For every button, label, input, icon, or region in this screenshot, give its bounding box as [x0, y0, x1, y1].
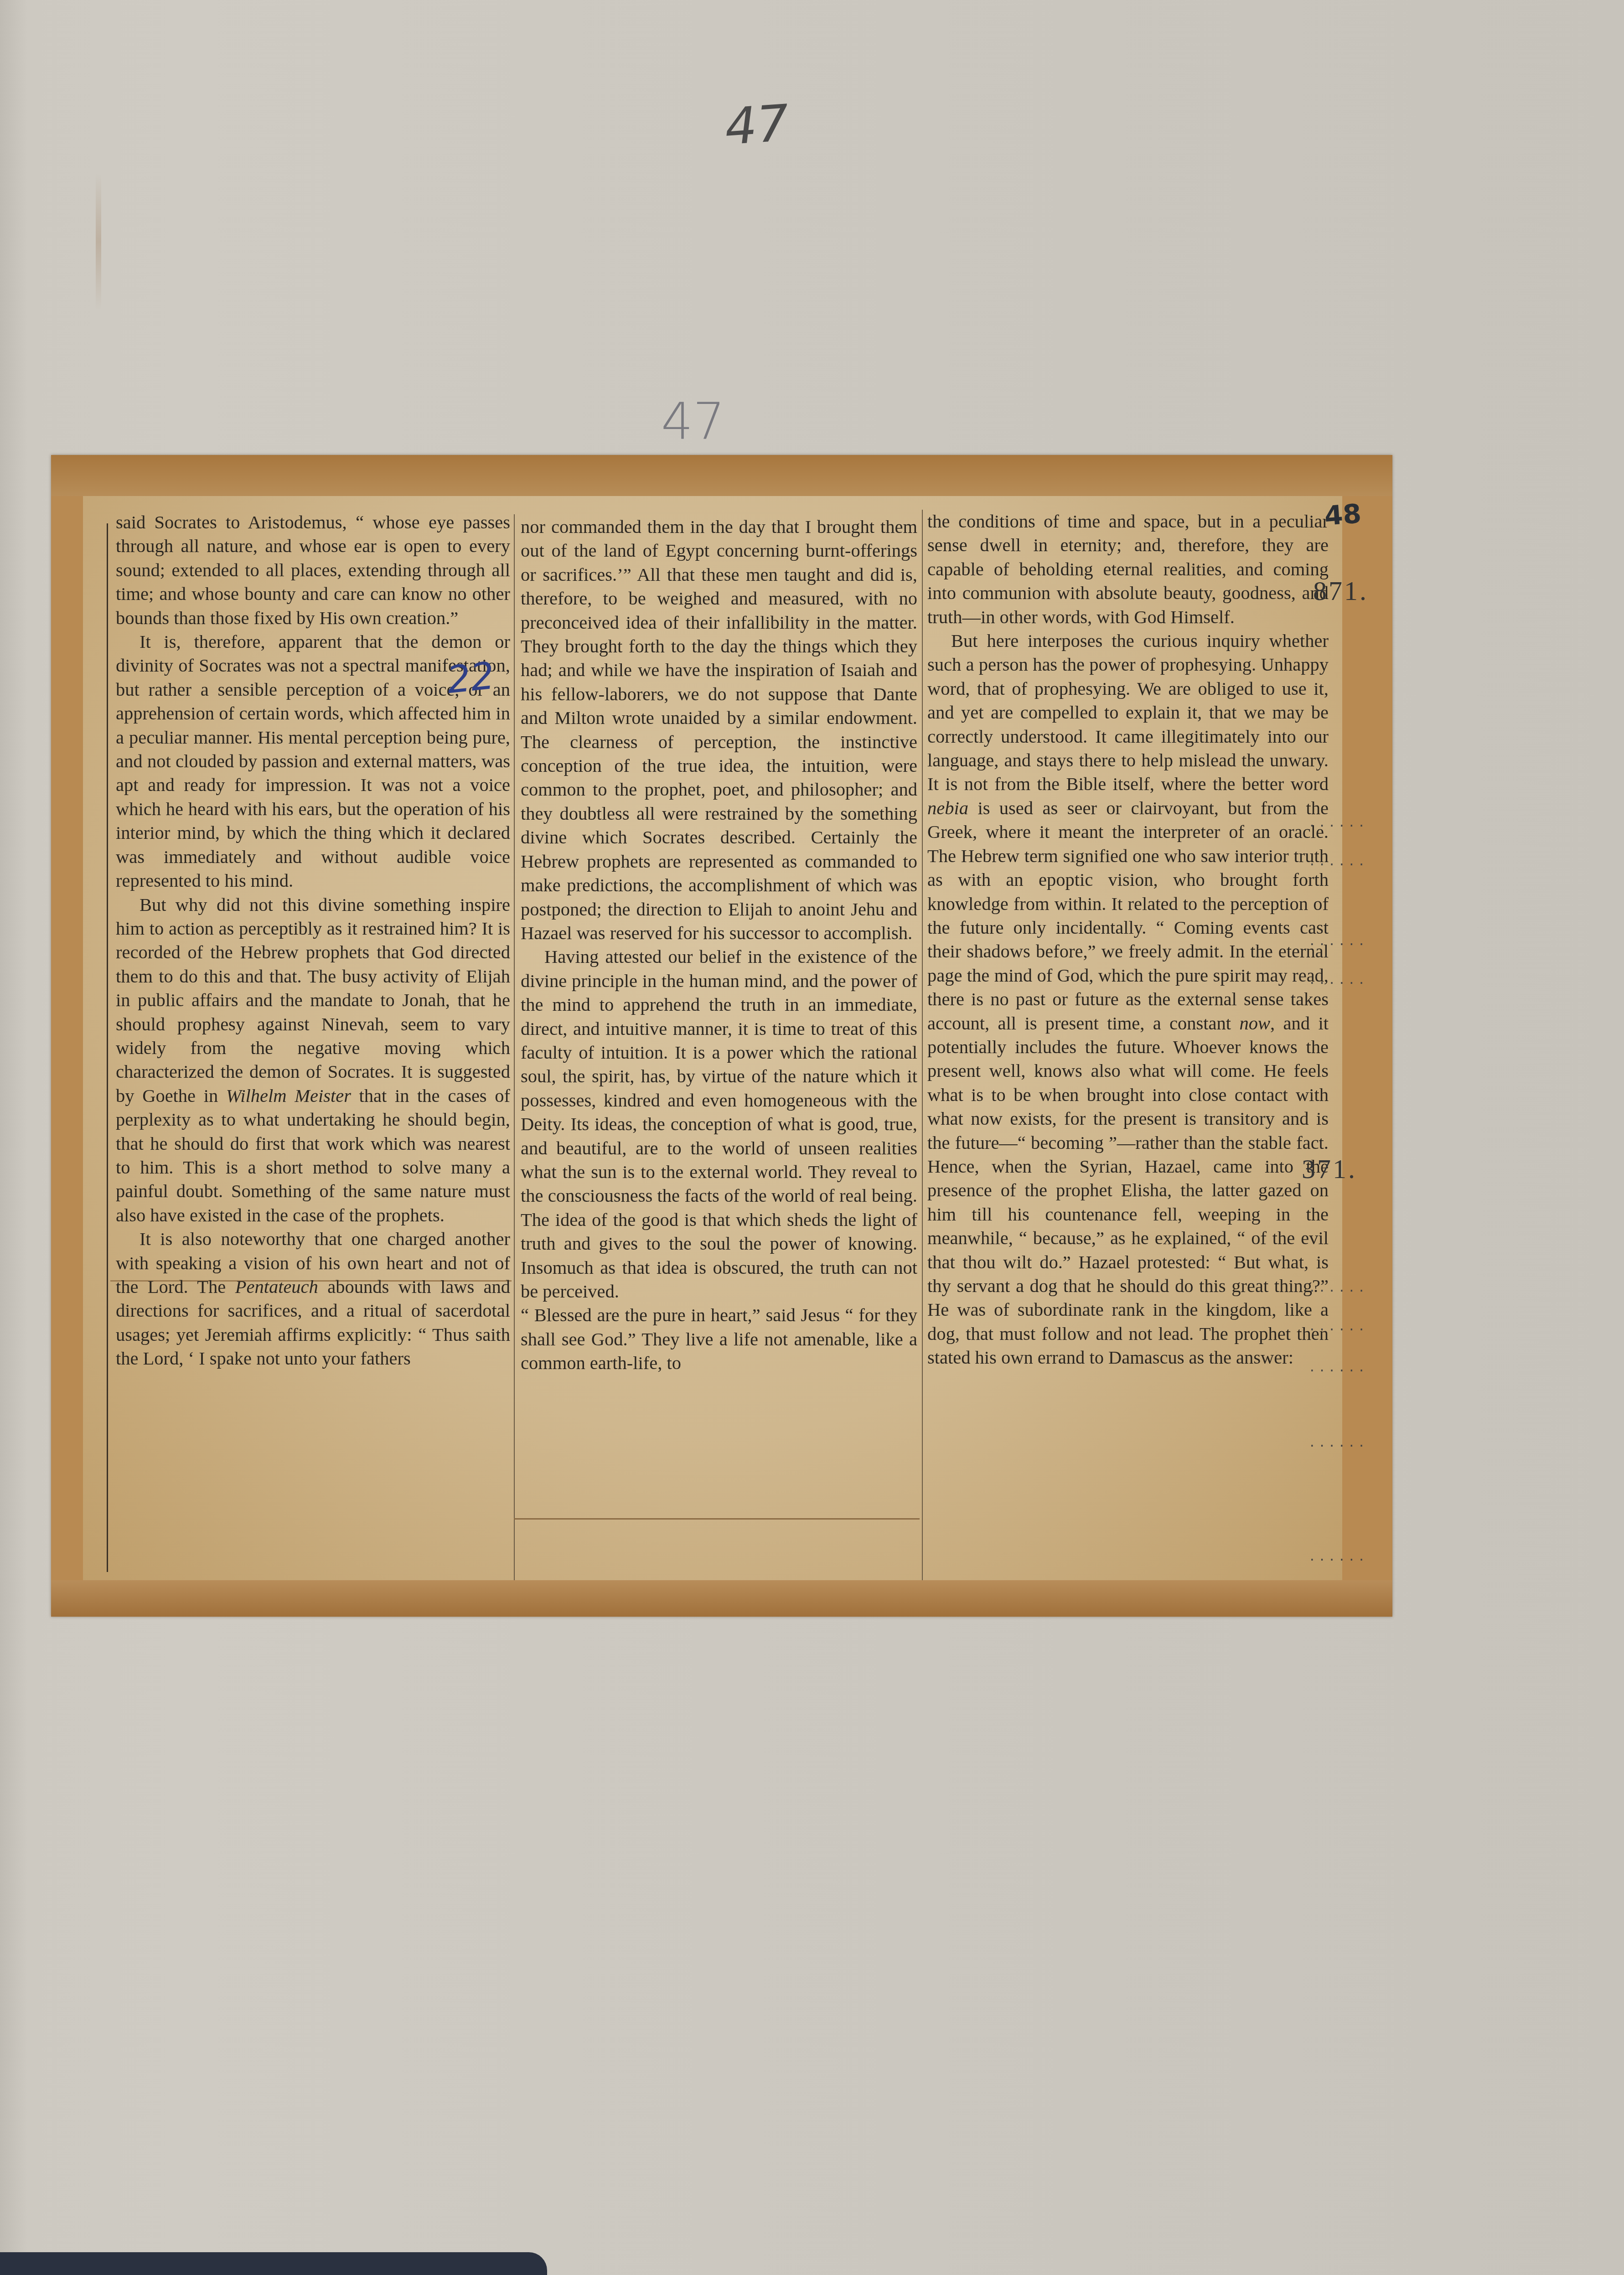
- paragraph: nor commanded them in the day that I bro…: [521, 515, 917, 945]
- leader-dots: ......: [1309, 816, 1368, 830]
- handwritten-annotation-blue: 22: [445, 654, 497, 702]
- paragraph: said Socrates to Aristodemus, “ whose ey…: [116, 511, 510, 630]
- leader-dots: ......: [1309, 1281, 1368, 1295]
- leader-dots: ......: [1309, 855, 1368, 869]
- italic-title: Pentateuch: [235, 1277, 318, 1297]
- page-crease: [96, 173, 101, 310]
- column-rule-left: [107, 523, 108, 1572]
- paragraph: Having attested our belief in the existe…: [521, 945, 917, 1303]
- paragraph: the conditions of time and space, but in…: [927, 510, 1329, 629]
- leader-dots: ......: [1309, 1550, 1368, 1564]
- text-column-2: nor commanded them in the day that I bro…: [521, 515, 917, 1375]
- page-number-ink: 47: [723, 93, 791, 156]
- scrapbook-page: 47 47 said Socrates to Aristodemus, “ wh…: [0, 0, 1624, 2275]
- text-column-3: the conditions of time and space, but in…: [927, 510, 1329, 1370]
- clipping-text-area: said Socrates to Aristodemus, “ whose ey…: [83, 496, 1342, 1580]
- paragraph: It is also noteworthy that one charged a…: [116, 1227, 510, 1370]
- italic-word: now: [1240, 1013, 1271, 1034]
- italic-title: Wilhelm Meister: [226, 1086, 351, 1106]
- leader-dots: ......: [1309, 1320, 1368, 1334]
- book-binding-edge: [0, 2252, 547, 2275]
- text-column-1: said Socrates to Aristodemus, “ whose ey…: [116, 511, 510, 1371]
- column-rule-2: [922, 510, 923, 1586]
- handwritten-corner-number: 48: [1324, 498, 1362, 531]
- paragraph: But here interposes the curious inquiry …: [927, 629, 1329, 1370]
- page-number-pencil: 47: [661, 392, 725, 450]
- leader-dots: ......: [1309, 1436, 1368, 1450]
- column-rule-1: [514, 514, 515, 1581]
- margin-reference-mark: 371.: [1302, 1153, 1357, 1185]
- paragraph: “ Blessed are the pure in heart,” said J…: [521, 1303, 917, 1375]
- paragraph: But why did not this divine something in…: [116, 893, 510, 1228]
- newspaper-clipping: said Socrates to Aristodemus, “ whose ey…: [51, 455, 1392, 1617]
- leader-dots: ......: [1309, 935, 1368, 948]
- paste-seam-col2: [514, 1518, 920, 1520]
- leader-dots: ......: [1309, 973, 1368, 987]
- leader-dots: ......: [1309, 1361, 1368, 1375]
- margin-reference-mark: 871.: [1313, 575, 1368, 607]
- italic-word: nebia: [927, 798, 968, 818]
